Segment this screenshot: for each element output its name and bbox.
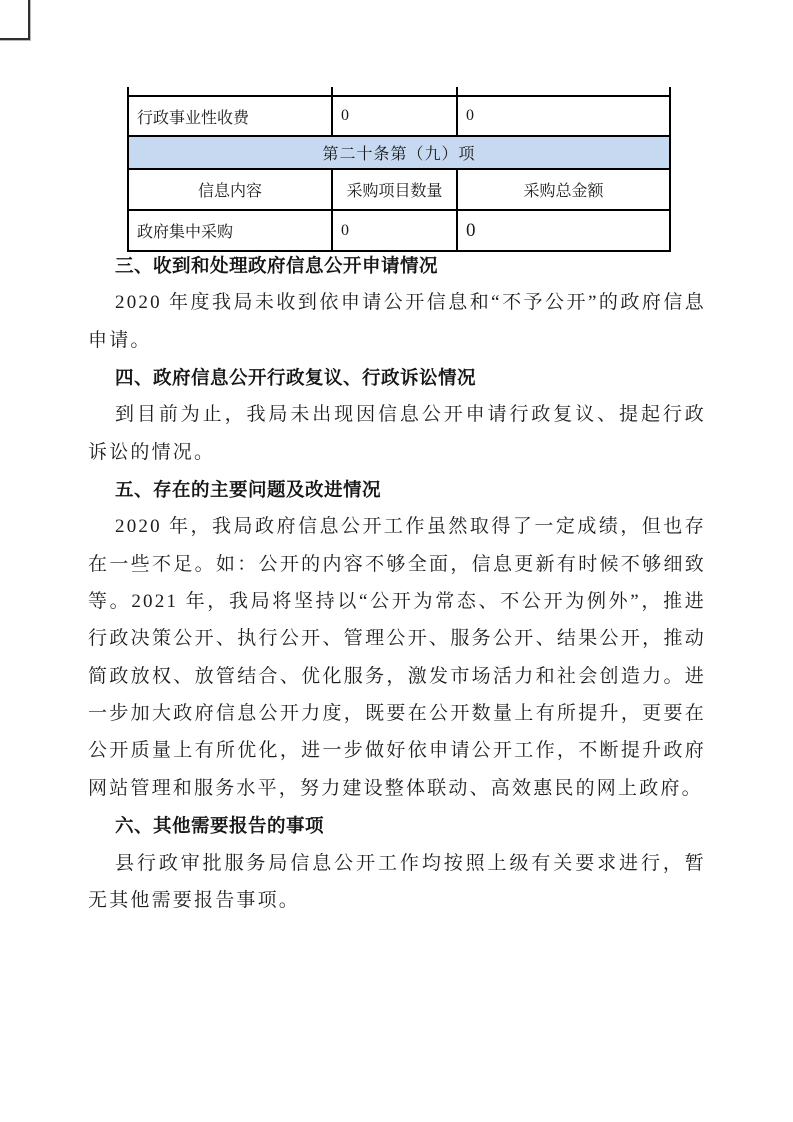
section-heading-6: 六、其他需要报告的事项: [88, 807, 706, 844]
procurement-table: 行政事业性收费 0 0 第二十条第（九）项 信息内容 采购项目数量 采购总金额 …: [127, 87, 671, 252]
table-column-header: 采购项目数量: [331, 170, 456, 209]
table-cell: 政府集中采购: [129, 211, 331, 250]
section-heading-4: 四、政府信息公开行政复议、行政诉讼情况: [88, 359, 706, 396]
table-section-label: 第二十条第（九）项: [129, 137, 669, 168]
section-paragraph: 县行政审批服务局信息公开工作均按照上级有关要求进行，暂无其他需要报告事项。: [88, 845, 706, 920]
table-cell: 0: [456, 97, 669, 135]
section-heading-5: 五、存在的主要问题及改进情况: [88, 471, 706, 508]
table-row-admin-fees: 行政事业性收费 0 0: [127, 95, 671, 135]
section-paragraph: 2020 年度我局未收到依申请公开信息和“不予公开”的政府信息申请。: [88, 284, 706, 359]
table-column-header: 信息内容: [129, 170, 331, 209]
table-column-header: 采购总金额: [456, 170, 669, 209]
section-paragraph: 2020 年，我局政府信息公开工作虽然取得了一定成绩，但也存在一些不足。如：公开…: [88, 508, 706, 807]
table-header-row: 信息内容 采购项目数量 采购总金额: [127, 168, 671, 209]
table-section-band: 第二十条第（九）项: [127, 135, 671, 168]
section-heading-3: 三、收到和处理政府信息公开申请情况: [88, 247, 706, 284]
section-paragraph: 到目前为止，我局未出现因信息公开申请行政复议、提起行政诉讼的情况。: [88, 396, 706, 471]
table-clipped-row-fragment: [127, 87, 671, 95]
table-cell: 0: [456, 211, 669, 250]
report-body: 三、收到和处理政府信息公开申请情况 2020 年度我局未收到依申请公开信息和“不…: [88, 247, 706, 919]
page-corner-marker: [0, 0, 30, 40]
table-cell: 0: [331, 97, 456, 135]
document-page: { "page": { "background": "#ffffff", "te…: [0, 0, 793, 1122]
table-row-centralized-procurement: 政府集中采购 0 0: [127, 209, 671, 250]
table-cell: 0: [331, 211, 456, 250]
table-cell: 行政事业性收费: [129, 97, 331, 135]
